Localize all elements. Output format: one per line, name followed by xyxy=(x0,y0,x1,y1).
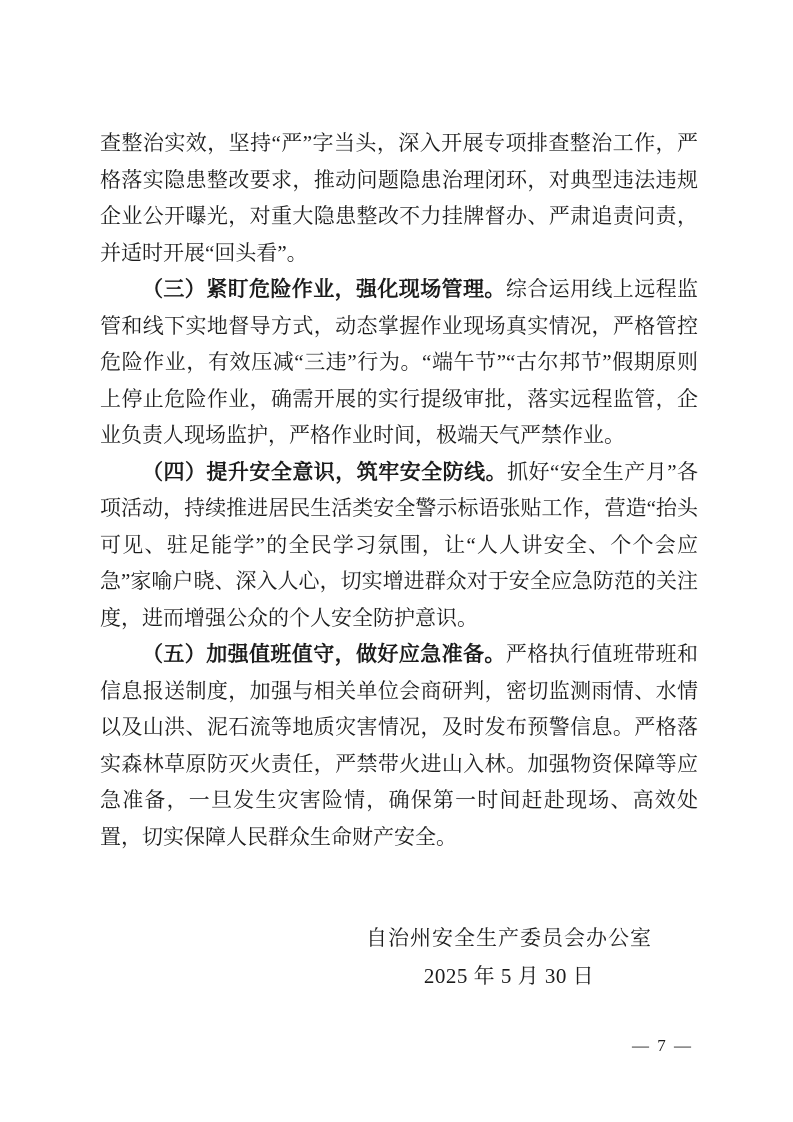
paragraph-continuation: 查整治实效，坚持“严”字当头，深入开展专项排查整治工作，严格落实隐患整改要求，推… xyxy=(100,125,698,271)
document-page: 查整治实效，坚持“严”字当头，深入开展专项排查整治工作，严格落实隐患整改要求，推… xyxy=(0,0,793,1122)
paragraph-text: 综合运用线上远程监管和线下实地督导方式，动态掌握作业现场真实情况，严格管控危险作… xyxy=(100,277,698,447)
issuing-office: 自治州安全生产委员会办公室 xyxy=(366,919,652,957)
signature-block: 自治州安全生产委员会办公室 2025 年 5 月 30 日 xyxy=(366,919,652,995)
paragraph-text: 抓好“安全生产月”各项活动，持续推进居民生活类安全警示标语张贴工作，营造“抬头可… xyxy=(100,460,698,630)
paragraph-text: 查整治实效，坚持“严”字当头，深入开展专项排查整治工作，严格落实隐患整改要求，推… xyxy=(100,131,698,265)
paragraph-lead: （三）紧盯危险作业，强化现场管理。 xyxy=(142,277,506,301)
paragraph-lead: （五）加强值班值守，做好应急准备。 xyxy=(142,642,506,666)
document-body: 查整治实效，坚持“严”字当头，深入开展专项排查整治工作，严格落实隐患整改要求，推… xyxy=(100,125,698,855)
issue-date: 2025 年 5 月 30 日 xyxy=(366,957,652,995)
paragraph-lead: （四）提升安全意识，筑牢安全防线。 xyxy=(142,460,507,484)
paragraph-item-5: （五）加强值班值守，做好应急准备。严格执行值班带班和信息报送制度，加强与相关单位… xyxy=(100,636,698,855)
paragraph-item-3: （三）紧盯危险作业，强化现场管理。综合运用线上远程监管和线下实地督导方式，动态掌… xyxy=(100,271,698,454)
page-number: — 7 — xyxy=(632,1036,693,1056)
paragraph-text: 严格执行值班带班和信息报送制度，加强与相关单位会商研判，密切监测雨情、水情以及山… xyxy=(100,642,698,849)
paragraph-item-4: （四）提升安全意识，筑牢安全防线。抓好“安全生产月”各项活动，持续推进居民生活类… xyxy=(100,454,698,637)
